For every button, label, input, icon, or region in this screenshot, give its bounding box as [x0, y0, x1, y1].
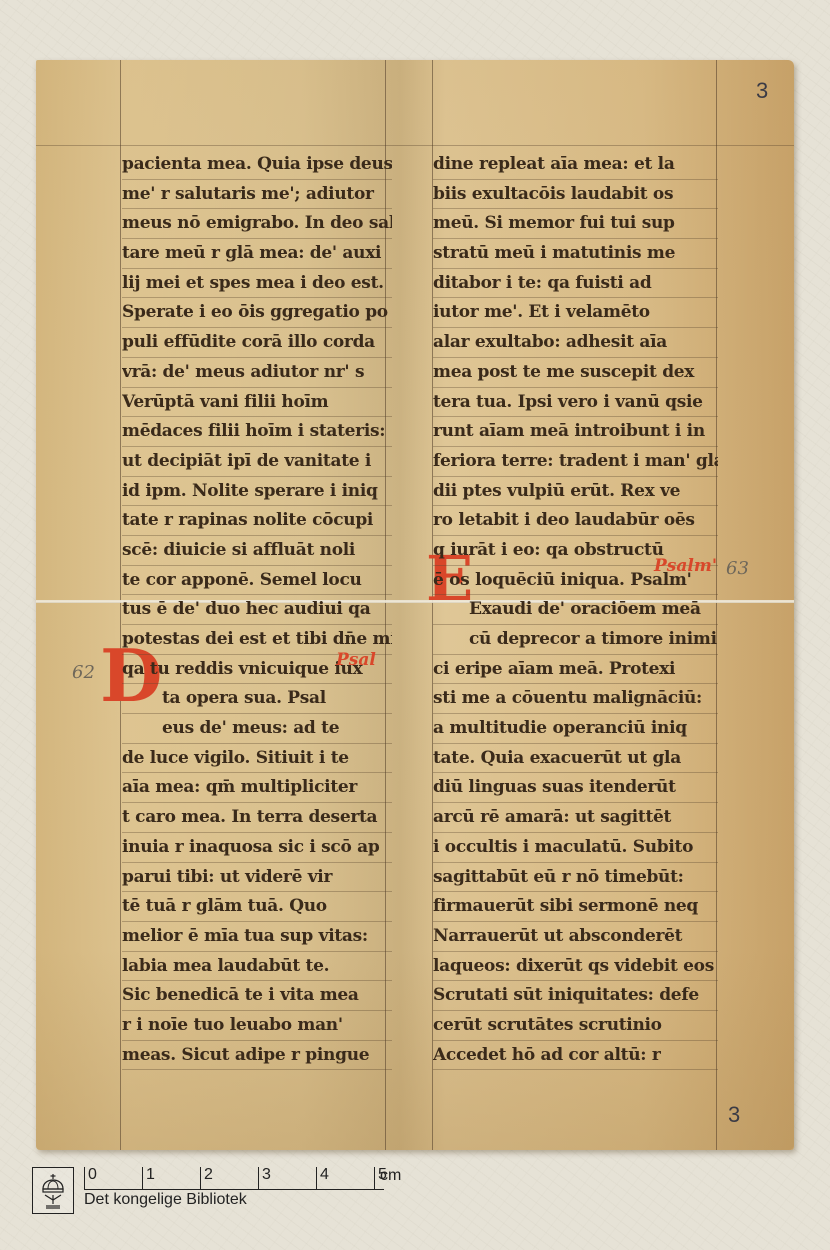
text-line: pacienta mea. Quia ipse deus: [122, 150, 392, 180]
text-line: meū. Si memor fui tui sup: [433, 209, 718, 239]
text-line: scē: diuicie si affluāt noli: [122, 536, 392, 566]
text-line-content: ta opera sua. Psal: [162, 688, 326, 708]
text-line: tate. Quia exacuerūt ut gla: [433, 744, 718, 774]
text-line: ro letabit i deo laudabūr oēs: [433, 506, 718, 536]
text-line: sti me a cōuentu malignāciū:: [433, 684, 718, 714]
text-line: labia mea laudabūt te.: [122, 952, 392, 982]
text-line: stratū meū i matutinis me: [433, 239, 718, 269]
text-line: id ipm. Nolite sperare i iniq: [122, 477, 392, 507]
scale-tick: 0: [84, 1167, 85, 1189]
text-line: mēdaces filii hoīm i stateris:: [122, 417, 392, 447]
text-line: te cor apponē. Semel locu: [122, 566, 392, 596]
text-line-content: Exaudi de' oraciōem meā: [469, 599, 701, 619]
text-line: Exaudi de' oraciōem meā: [433, 595, 718, 625]
institution-name: Det kongelige Bibliotek: [84, 1191, 247, 1209]
text-line: puli effūdite corā illo corda: [122, 328, 392, 358]
scale-tick: 5: [374, 1167, 375, 1189]
text-line: cerūt scrutātes scrutinio: [433, 1011, 718, 1041]
text-line: melior ē mīa tua sup vitas:: [122, 922, 392, 952]
scale-unit: cm: [380, 1167, 401, 1185]
crown-logo-icon: [40, 1173, 66, 1209]
text-line: Accedet hō ad cor altū: r: [433, 1041, 718, 1071]
margin-note-psalm-63: 63: [726, 558, 749, 579]
text-line: aīa mea: qm̄ multipliciter: [122, 773, 392, 803]
text-line: mea post te me suscepit dex: [433, 358, 718, 388]
text-line: Sic benedicā te i vita mea: [122, 981, 392, 1011]
text-line: arcū rē amarā: ut sagittēt: [433, 803, 718, 833]
ruling-line: [36, 145, 794, 146]
text-line: t caro mea. In terra deserta: [122, 803, 392, 833]
text-line: inuia r inaquosa sic i scō ap: [122, 833, 392, 863]
text-column-right: dine repleat aīa mea: et la biis exultac…: [433, 150, 718, 1070]
text-line: tera tua. Ipsi vero i vanū qsie: [433, 388, 718, 418]
text-line: de luce vigilo. Sitiuit i te: [122, 744, 392, 774]
text-line: runt aīam meā introibunt i in: [433, 417, 718, 447]
text-line: parui tibi: ut viderē vir: [122, 863, 392, 893]
text-line: ut decipiāt ipī de vanitate i: [122, 447, 392, 477]
text-line: dine repleat aīa mea: et la: [433, 150, 718, 180]
scale-tick: 4: [316, 1167, 317, 1189]
text-line: Narrauerūt ut absconderēt: [433, 922, 718, 952]
text-line: firmauerūt sibi sermonē neq: [433, 892, 718, 922]
margin-note-psalm-62: 62: [72, 662, 95, 683]
text-line: dii ptes vulpiū erūt. Rex ve: [433, 477, 718, 507]
text-line: lij mei et spes mea i deo est.: [122, 269, 392, 299]
ruling-line: [120, 60, 121, 1150]
text-line: Sperate i eo ōis ggregatio po: [122, 298, 392, 328]
library-logo: [32, 1167, 74, 1214]
scale-tick: 1: [142, 1167, 143, 1189]
rubric-psalm-62: Psal: [336, 650, 376, 670]
text-line: meus nō emigrabo. In deo salu: [122, 209, 392, 239]
folio-number-bottom: 3: [728, 1102, 740, 1128]
text-line: ta opera sua. Psal: [122, 684, 392, 714]
text-line-content: cū deprecor a timore inimi: [469, 629, 717, 649]
text-line: tē tuā r glām tuā. Quo: [122, 892, 392, 922]
text-line: r i noīe tuo leuabo man': [122, 1011, 392, 1041]
text-line: Scrutati sūt iniquitates: defe: [433, 981, 718, 1011]
text-line: a multitudie operanciū iniq: [433, 714, 718, 744]
rubric-psalm-63: Psalm': [654, 556, 717, 576]
scale-tick: 2: [200, 1167, 201, 1189]
text-line: iutor me'. Et i velamēto: [433, 298, 718, 328]
text-line: tate r rapinas nolite cōcupi: [122, 506, 392, 536]
text-line: tare meū r glā mea: de' auxi: [122, 239, 392, 269]
text-line: sagittabūt eū r nō timebūt:: [433, 863, 718, 893]
text-line-content: eus de' meus: ad te: [162, 718, 339, 738]
text-line: vrā: de' meus adiutor nr' s: [122, 358, 392, 388]
text-line: Verūptā vani filii hoīm: [122, 388, 392, 418]
text-line: alar exultabo: adhesit aīa: [433, 328, 718, 358]
scale-footer: 0 1 2 3 4 5 cm Det kongelige Bibliotek: [32, 1167, 452, 1217]
text-line: cū deprecor a timore inimi: [433, 625, 718, 655]
scale-tick: 3: [258, 1167, 259, 1189]
text-line: diū linguas suas itenderūt: [433, 773, 718, 803]
text-line: me' r salutaris me'; adiutor: [122, 180, 392, 210]
text-line: ditabor i te: qa fuisti ad: [433, 269, 718, 299]
text-line: tus ē de' duo hec audiui qa: [122, 595, 392, 625]
text-line: meas. Sicut adipe r pingue: [122, 1041, 392, 1071]
scale-bar: 0 1 2 3 4 5: [84, 1167, 384, 1190]
text-line: biis exultacōis laudabit os: [433, 180, 718, 210]
text-column-left: pacienta mea. Quia ipse deus me' r salut…: [122, 150, 392, 1070]
text-line: eus de' meus: ad te: [122, 714, 392, 744]
folio-number-top: 3: [756, 78, 768, 104]
text-line: feriora terre: tradent i man' gla: [433, 447, 718, 477]
text-line: ci eripe aīam meā. Protexi: [433, 655, 718, 685]
text-line: laqueos: dixerūt qs videbit eos: [433, 952, 718, 982]
manuscript-leaf: 3 3 62 63 D E pacienta mea. Quia ipse de…: [36, 60, 794, 1150]
text-line: i occultis i maculatū. Subito: [433, 833, 718, 863]
